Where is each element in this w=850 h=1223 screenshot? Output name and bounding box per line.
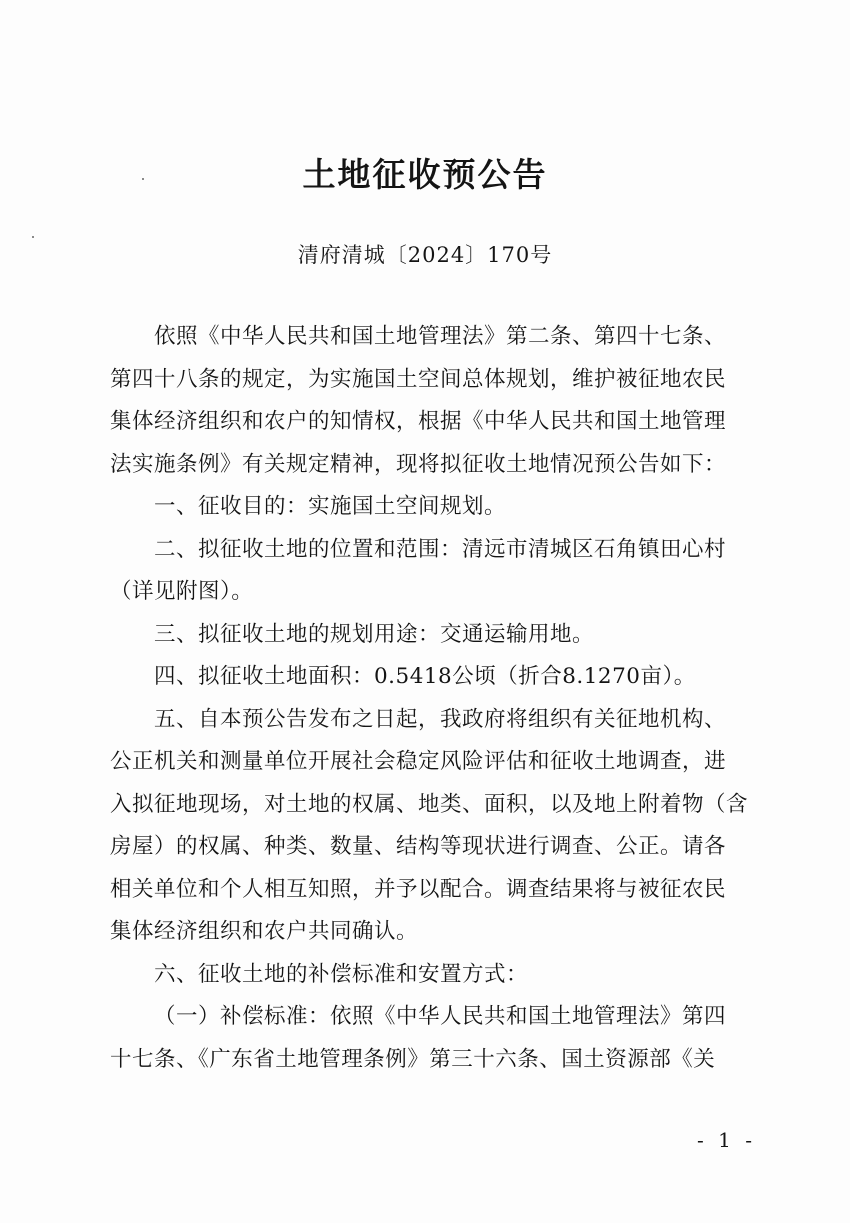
body-line: 第四十八条的规定，为实施国土空间总体规划，维护被征地农民	[110, 359, 750, 402]
body-line: 十七条、《广东省土地管理条例》第三十六条、国土资源部《关	[110, 1039, 750, 1082]
body-line: 集体经济组织和农户的知情权，根据《中华人民共和国土地管理	[110, 401, 750, 444]
document-title: 土地征收预公告	[0, 150, 850, 200]
page-number: - 1 -	[697, 1125, 756, 1155]
body-line: 四、拟征收土地面积：0.5418公顷（折合8.1270亩）。	[110, 656, 750, 699]
body-line: 房屋）的权属、种类、数量、结构等现状进行调查、公正。请各	[110, 826, 750, 869]
body-line: 集体经济组织和农户共同确认。	[110, 911, 750, 954]
document-body: 依照《中华人民共和国土地管理法》第二条、第四十七条、 第四十八条的规定，为实施国…	[110, 316, 750, 1081]
body-line: 二、拟征收土地的位置和范围：清远市清城区石角镇田心村	[110, 529, 750, 572]
body-line: 一、征收目的：实施国土空间规划。	[110, 486, 750, 529]
body-line: 三、拟征收土地的规划用途：交通运输用地。	[110, 614, 750, 657]
body-line: 法实施条例》有关规定精神，现将拟征收土地情况预公告如下：	[110, 444, 750, 487]
body-line: （一）补偿标准：依照《中华人民共和国土地管理法》第四	[110, 996, 750, 1039]
body-line: （详见附图）。	[110, 571, 750, 614]
document-number: 清府清城〔2024〕170号	[0, 237, 850, 273]
body-line: 公正机关和测量单位开展社会稳定风险评估和征收土地调查，进	[110, 741, 750, 784]
body-line: 依照《中华人民共和国土地管理法》第二条、第四十七条、	[110, 316, 750, 359]
body-line: 入拟征地现场，对土地的权属、地类、面积，以及地上附着物（含	[110, 784, 750, 827]
body-line: 相关单位和个人相互知照，并予以配合。调查结果将与被征农民	[110, 869, 750, 912]
document-page: 土地征收预公告 清府清城〔2024〕170号 依照《中华人民共和国土地管理法》第…	[0, 0, 850, 1223]
body-line: 五、自本预公告发布之日起，我政府将组织有关征地机构、	[110, 699, 750, 742]
body-line: 六、征收土地的补偿标准和安置方式：	[110, 954, 750, 997]
